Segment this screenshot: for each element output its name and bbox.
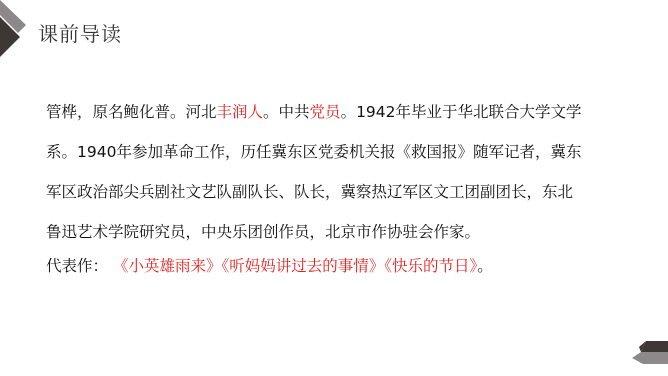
bio-text: 系。1940年参加革命工作，历任冀东区党委机关报《救国报》随军记者，冀东 bbox=[46, 143, 581, 161]
highlight-party-member: 党员 bbox=[310, 103, 341, 121]
work-title: 《小英雄雨来》 bbox=[113, 257, 222, 275]
works-label: 代表作： bbox=[46, 257, 108, 275]
bio-text: 军区政治部尖兵剧社文艺队副队长、队长，冀察热辽军区文工团副团长，东北 bbox=[46, 183, 573, 201]
bio-line-3: 军区政治部尖兵剧社文艺队副队长、队长，冀察热辽军区文工团副团长，东北 bbox=[46, 172, 626, 212]
work-title: 《听妈妈讲过去的事情》 bbox=[221, 257, 384, 275]
author-bio: 管桦，原名鲍化普。河北丰润人。中共党员。1942年毕业于华北联合大学文学 系。1… bbox=[46, 92, 626, 286]
corner-decoration-bottom-right bbox=[608, 336, 668, 376]
bio-text: 鲁迅艺术学院研究员，中央乐团创作员，北京市作协驻会作家。 bbox=[46, 223, 480, 241]
bio-text: 管桦，原名鲍化普。河北 bbox=[46, 103, 217, 121]
bio-line-1: 管桦，原名鲍化普。河北丰润人。中共党员。1942年毕业于华北联合大学文学 bbox=[46, 92, 626, 132]
highlight-hometown: 丰润人 bbox=[217, 103, 264, 121]
bio-text: 。中共 bbox=[263, 103, 310, 121]
bio-line-2: 系。1940年参加革命工作，历任冀东区党委机关报《救国报》随军记者，冀东 bbox=[46, 132, 626, 172]
work-title: 《快乐的节日》 bbox=[384, 257, 477, 275]
corner-decoration-top-left bbox=[0, 0, 40, 70]
representative-works: 代表作： 《小英雄雨来》《听妈妈讲过去的事情》《快乐的节日》。 bbox=[46, 246, 626, 286]
slide-title: 课前导读 bbox=[38, 20, 122, 48]
bio-text: 。1942年毕业于华北联合大学文学 bbox=[341, 103, 582, 121]
works-end: 。 bbox=[477, 257, 493, 275]
